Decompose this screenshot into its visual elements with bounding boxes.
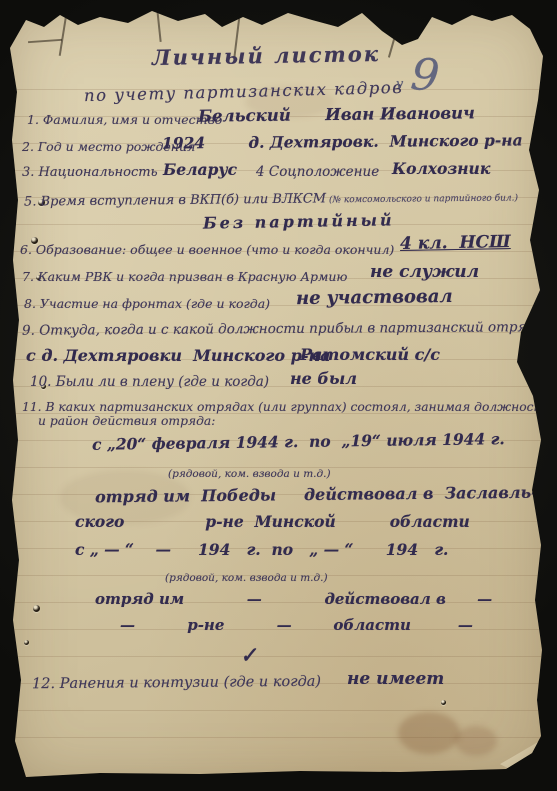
unit1-role-note: (рядовой, ком. взвода и т.д.) — [168, 469, 331, 481]
form-subtitle: по учету партизанских кадров — [84, 79, 404, 105]
field-1-value: Бельский Иван Иванович — [198, 104, 475, 126]
field-11-dates: с „20“ февраля 1944 г. по „19“ июля 1944… — [92, 430, 505, 453]
paper-crack — [388, 28, 398, 57]
field-11-label-line1: 11. В каких партизанских отрядах (или гр… — [22, 401, 552, 415]
field-8-value: не участвовал — [296, 287, 453, 309]
field-7-label: 7. Каким РВК и когда призван в Красную А… — [22, 270, 347, 284]
field-10-label: 10. Были ли в плену (где и когда) — [30, 375, 269, 390]
field-1-label: 1. Фамилия, имя и отчество — [27, 113, 222, 127]
field-11-label-line2: и район действия отряда: — [38, 415, 215, 429]
field-4-value: Колхозник — [392, 160, 490, 177]
unit1-line1: отряд им Победы действовал в Заславль- — [95, 484, 538, 506]
field-4-label: 4 Соцположение — [256, 165, 379, 180]
paper-crack — [59, 14, 68, 56]
field-9-value-2: Ратомский с/с — [300, 346, 440, 364]
field-6-label: 6. Образование: общее и военное (что и к… — [20, 243, 394, 257]
unit1-line3: с „ — “ — 194 г. по „ — “ 194 г. — [75, 541, 448, 558]
field-3-label: 3. Национальность — [22, 166, 158, 180]
sheet-number-mark: v — [396, 78, 403, 92]
paper-crack — [28, 39, 62, 43]
field-8-label: 8. Участие на фронтах (где и когда) — [24, 297, 270, 311]
field-7-value: не служил — [370, 263, 479, 282]
form-title: Личный листок — [152, 42, 380, 69]
field-5-label-main: 5. Время вступления в ВКП(б) или ВЛКСМ — [24, 191, 326, 209]
field-5-value: Без партийный — [203, 211, 395, 232]
ink-dot — [441, 700, 446, 705]
field-10-value: не был — [290, 370, 357, 388]
field-9-label: 9. Откуда, когда и с какой должности при… — [22, 320, 535, 338]
punch-hole — [33, 605, 40, 612]
field-6-value: 4 кл. НСШ — [400, 233, 511, 254]
checkmark: ✓ — [239, 643, 258, 667]
folded-corner — [500, 742, 538, 768]
punch-hole — [24, 640, 29, 645]
field-2-value: 1924 д. Дехтяровк. Минского р-на — [162, 131, 523, 151]
document-paper: Личный листок по учету партизанских кадр… — [0, 0, 557, 791]
sheet-number: 9 — [409, 51, 442, 102]
field-5-label: 5. Время вступления в ВКП(б) или ВЛКСМ (… — [24, 190, 518, 209]
field-12-value: не имеет — [347, 670, 444, 689]
paper-crack — [156, 10, 161, 42]
unit2-line2: — р-не — области — — [120, 617, 473, 634]
unit2-role-note: (рядовой, ком. взвода и т.д.) — [165, 573, 328, 585]
field-9-value: с д. Дехтяровки Минского р-на — [26, 347, 331, 365]
field-5-label-small: (№ комсомольского и партийного бил.) — [326, 193, 518, 205]
paper-stain — [398, 712, 460, 754]
paper-stain — [455, 726, 497, 756]
field-12-label: 12. Ранения и контузии (где и когда) — [32, 675, 321, 693]
unit1-line2: ского р-не Минской области — [75, 513, 470, 530]
field-3-value: Беларус — [163, 161, 237, 178]
unit2-line1: отряд им — действовал в — — [95, 591, 492, 608]
